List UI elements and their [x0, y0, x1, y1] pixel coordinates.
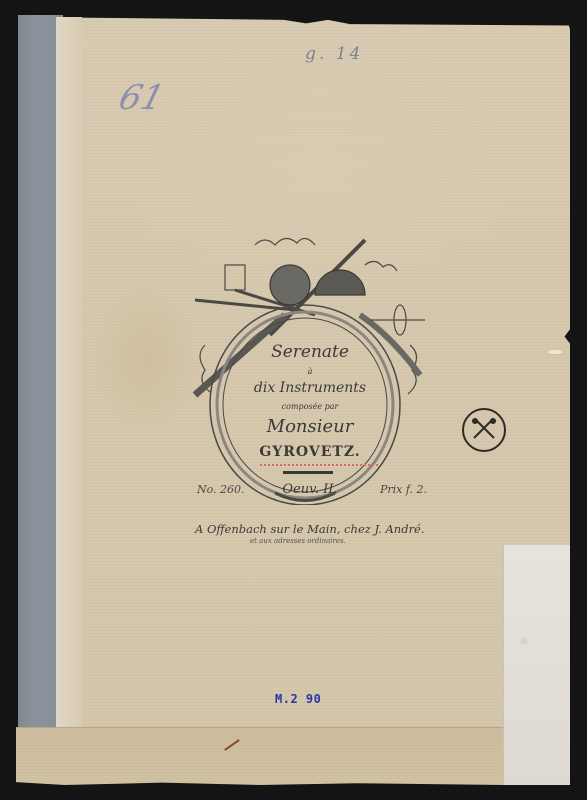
shelfmark-annotation: g. 14 [305, 44, 363, 64]
plate-number: No. 260. [197, 483, 245, 496]
composer-name: GYROVETZ. [180, 444, 440, 460]
engraved-vignette-icon [185, 225, 435, 505]
composed-by-label: composée par [180, 402, 440, 411]
edge-tear [548, 350, 562, 354]
inventory-stamp: M.2 90 [275, 692, 321, 706]
title-preposition: à [180, 367, 440, 376]
price: Prix f. 2. [380, 483, 427, 496]
red-underline [260, 464, 378, 466]
publisher-imprint: A Offenbach sur le Main, chez J. André. [195, 522, 425, 536]
document-scan: g. 14 61 Serenate à [0, 0, 587, 800]
binding-edge [56, 17, 82, 727]
publisher-address: et aux adresses ordinaires. [250, 537, 346, 545]
crossed-keys-icon [464, 410, 504, 450]
instrumentation: dix Instruments [180, 380, 440, 396]
repair-patch [503, 545, 570, 785]
monsieur-label: Monsieur [180, 416, 440, 437]
rule-divider [283, 471, 333, 474]
work-title: Serenate [180, 342, 440, 362]
library-stamp [462, 408, 506, 452]
bottom-repair-strip [16, 727, 503, 785]
